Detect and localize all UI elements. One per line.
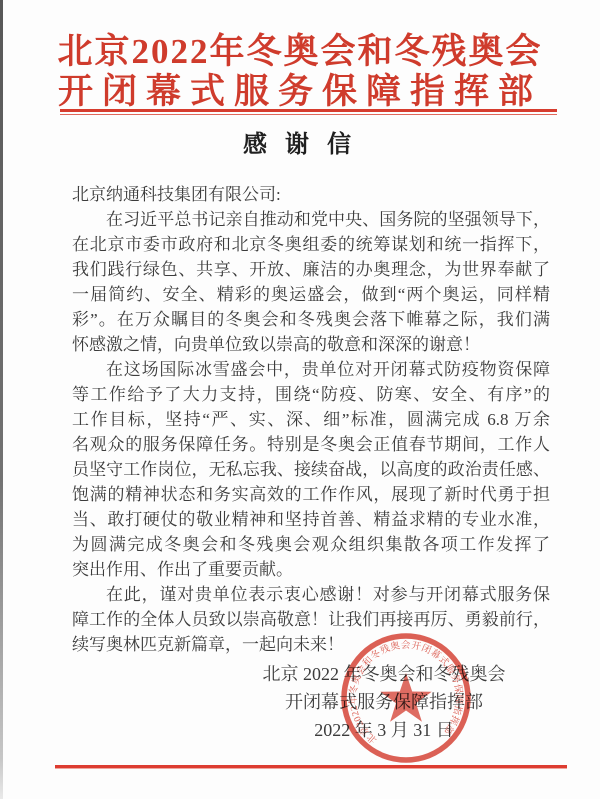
body-line: 在此，谨对贵单位表示衷心感谢！对参与开闭幕式服务保 [72, 582, 550, 607]
seal-star-icon [380, 673, 431, 722]
body-line: 一届简约、安全、精彩的奥运盛会，做到“两个奥运，同样精 [72, 282, 550, 307]
body-line: 怀感激之情，向贵单位致以崇高的敬意和深深的谢意！ [72, 332, 550, 357]
body-line: 突出作用、作出了重要贡献。 [72, 557, 550, 582]
body-line: 工作目标，坚持“严、实、深、细”标准，圆满完成 6.8 万余 [72, 407, 550, 432]
body-line: 在这场国际冰雪盛会中，贵单位对开闭幕式防疫物资保障 [72, 357, 550, 382]
body-line: 饱满的精神状态和务实高效的工作作风，展现了新时代勇于担 [72, 482, 550, 507]
letter-title: 感 谢 信 [0, 130, 600, 160]
body-line: 彩”。在万众瞩目的冬奥会和冬残奥会落下帷幕之际，我们满 [72, 307, 550, 332]
footer-rule [55, 765, 567, 768]
body-line: 为圆满完成冬奥会和冬残奥会观众组织集散各项工作发挥了 [72, 532, 550, 557]
body-line: 我们践行绿色、共享、开放、廉洁的办奥理念，为世界奉献了 [72, 257, 550, 282]
letterhead-line1: 北京2022年冬奥会和冬残奥会 [0, 33, 600, 71]
official-red-seal: 北京2022年冬奥会和冬残奥会开闭幕式服务保障指挥部 [334, 626, 478, 770]
letterhead-rule [60, 109, 557, 115]
recipient-line: 北京纳通科技集团有限公司: [72, 182, 550, 207]
body-line: 等工作给予了大力支持，围绕“防疫、防寒、安全、有序”的 [72, 382, 550, 407]
scanned-letter-page: 北京2022年冬奥会和冬残奥会 开闭幕式服务保障指挥部 感 谢 信 北京纳通科技… [0, 0, 600, 799]
body-line: 员坚守工作岗位，无私忘我、接续奋战，以高度的政治责任感、 [72, 457, 550, 482]
body-line: 当、敢打硬仗的敬业精神和坚持首善、精益求精的专业水准， [72, 507, 550, 532]
body-line: 障工作的全体人员致以崇高敬意！让我们再接再厉、勇毅前行， [72, 607, 550, 632]
letter-body: 北京纳通科技集团有限公司: 在习近平总书记亲自推动和党中央、国务院的坚强领导下，… [72, 182, 550, 657]
body-line: 续写奥林匹克新篇章，一起向未来！ [72, 632, 550, 657]
letterhead-line2: 开闭幕式服务保障指挥部 [0, 73, 600, 111]
body-line: 在习近平总书记亲自推动和党中央、国务院的坚强领导下， [72, 207, 550, 232]
body-line: 名观众的服务保障任务。特别是冬奥会正值春节期间，工作人 [72, 432, 550, 457]
body-line: 在北京市委市政府和北京冬奥组委的统筹谋划和统一指挥下， [72, 232, 550, 257]
scan-edge-artifact [0, 0, 3, 799]
